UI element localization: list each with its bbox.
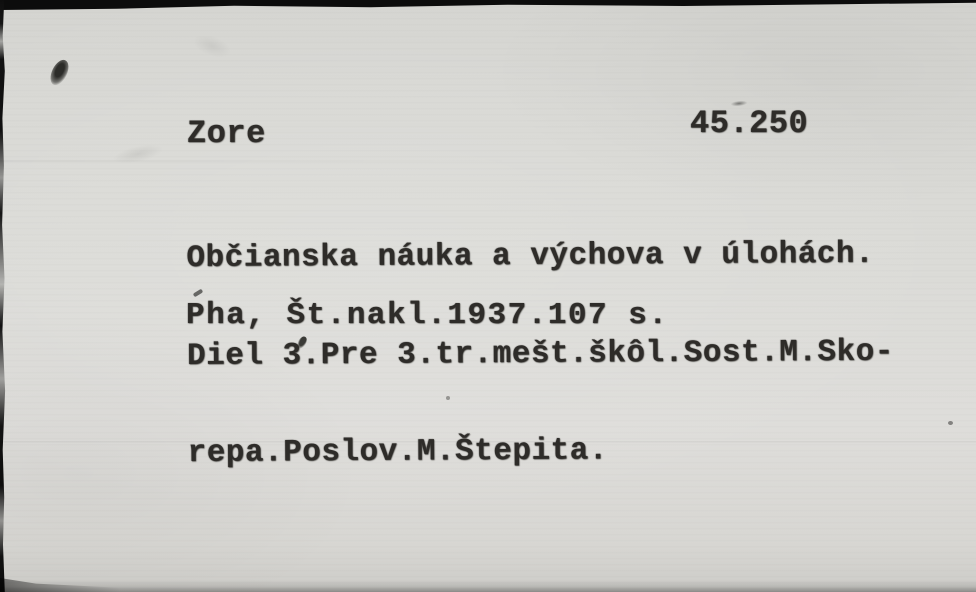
paper-crease	[0, 160, 537, 162]
title-line-1: Občianska náuka a výchova v úlohách.	[186, 239, 893, 276]
scan-edge-bottom	[0, 580, 976, 592]
title-line-2: Diel 3.Pre 3.tr.mešt.škôl.Sost.M.Sko-	[187, 336, 894, 373]
call-number: 45.250	[690, 105, 808, 142]
catalog-card-scan: Zore 45.250 Občianska náuka a výchova v …	[0, 0, 976, 592]
title-statement: Občianska náuka a výchova v úlohách. Die…	[186, 174, 895, 536]
title-line-3: repa.Poslov.M.Štepita.	[188, 434, 895, 471]
imprint-line: Pha, Št.nakl.1937.107 s.	[186, 298, 668, 333]
paper-speck	[948, 421, 953, 425]
author-heading: Zore	[187, 115, 266, 152]
